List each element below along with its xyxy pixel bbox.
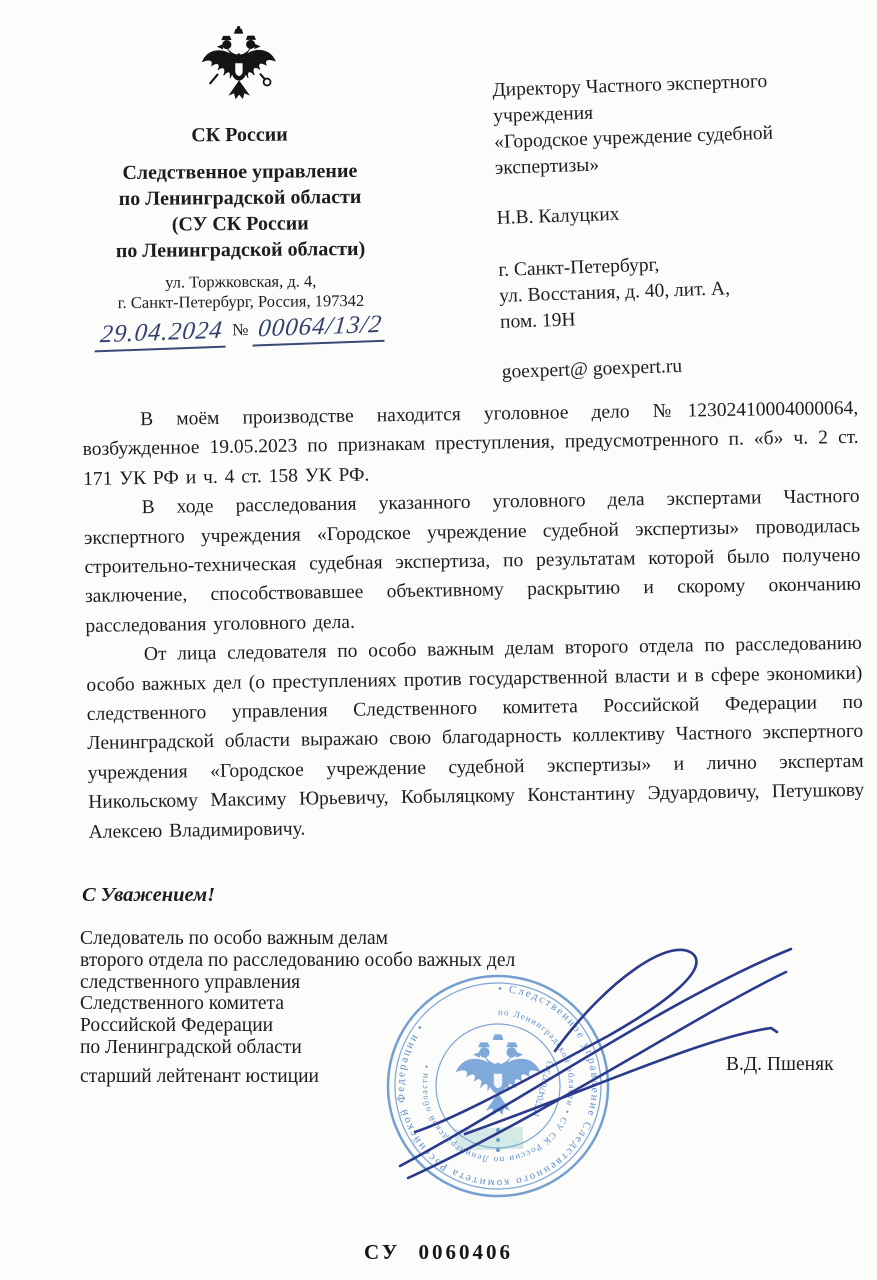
form-series-number: СУ 0060406 xyxy=(0,1240,877,1265)
stamp-highlight xyxy=(455,1127,524,1151)
date-number-line: 29.04.2024 № 00064/13/2 xyxy=(61,309,422,362)
addressee-email: goexpert@ goexpert.ru xyxy=(501,348,867,386)
addressee-block: Директору Частного экспертного учреждени… xyxy=(492,66,867,386)
handwritten-outgoing-number: 00064/13/2 xyxy=(253,311,388,347)
org-line: по Ленинградской области xyxy=(60,183,420,212)
body-paragraph: В моём производстве находится уголовное … xyxy=(82,394,859,494)
signer-name: В.Д. Пшеняк xyxy=(726,1054,834,1076)
body-paragraph: В ходе расследования указанного уголовно… xyxy=(83,482,861,641)
org-full-name: Следственное управление по Ленинградской… xyxy=(60,157,421,264)
org-line: по Ленинградской области) xyxy=(60,235,420,264)
russian-coat-of-arms-icon xyxy=(197,24,282,115)
body-paragraph: От лица следователя по особо важным дела… xyxy=(86,629,865,847)
org-line: (СУ СК России xyxy=(60,209,420,238)
signer-rank: старший лейтенант юстиции xyxy=(80,1066,319,1088)
letter-body: В моём производстве находится уголовное … xyxy=(82,394,865,847)
addressee-title: Директору Частного экспертного учреждени… xyxy=(492,66,860,182)
letterhead: СК России Следственное управление по Лен… xyxy=(59,22,422,357)
letterhead-address: ул. Торжковская, д. 4, г. Санкт-Петербур… xyxy=(61,270,421,313)
handwritten-date: 29.04.2024 xyxy=(94,316,228,352)
addressee-address: г. Санкт-Петербург, ул. Восстания, д. 40… xyxy=(498,246,865,336)
signer-position-line: Следователь по особо важным делам xyxy=(80,928,640,950)
official-round-stamp: • Следственное управление Следственного … xyxy=(380,968,616,1204)
scanned-letter-page: СК России Следственное управление по Лен… xyxy=(0,0,877,1280)
salutation: С Уважением! xyxy=(82,884,215,907)
org-short-name: СК России xyxy=(59,122,419,148)
org-line: Следственное управление xyxy=(60,157,420,186)
addressee-name: Н.В. Калуцких xyxy=(496,194,862,232)
letterhead-address-line: г. Санкт-Петербург, Россия, 197342 xyxy=(61,290,421,313)
number-sign: № xyxy=(232,320,249,341)
stamp-eagle-icon xyxy=(456,1035,539,1114)
